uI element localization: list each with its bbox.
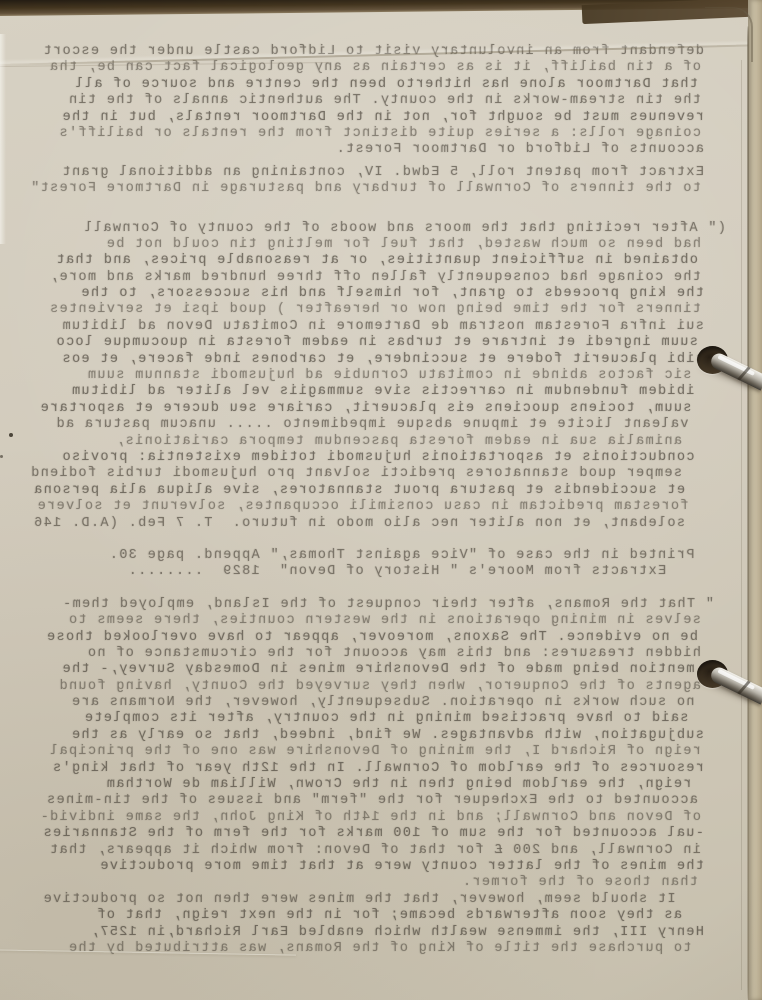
latin-extract: (" After reciting that the moors and woo… — [26, 221, 704, 532]
text-line: sibi placuerit fodere et succindere, et … — [26, 352, 704, 368]
moore-heading: Extracts from Moore's " History of Devon… — [26, 564, 704, 580]
text-line: tinners for the time being now or hereaf… — [26, 302, 701, 318]
text-line: mention being made of the Devonshire min… — [26, 662, 704, 678]
typewritten-text-layer: defendant from an involuntary visit to L… — [26, 44, 704, 1000]
text-line: obtained in sufficient quantities, or at… — [26, 253, 698, 269]
text-line: sic factos abinde in comitatu Cornubie a… — [26, 368, 701, 384]
ring-metal-arm — [708, 665, 762, 705]
text-line: solebant, et non aliter nec alio modo in… — [26, 516, 704, 532]
text-line: accounts of Lidford or Dartmoor Forest. — [26, 142, 704, 158]
text-line: It should seem, however, that the mines … — [26, 892, 704, 908]
text-line: to the tinners of Cornwall of turbary an… — [26, 181, 701, 197]
text-line: the king proceeds to grant, for himself … — [26, 286, 704, 302]
text-line: sui infra Forestam nostram de Dartemore … — [26, 319, 704, 335]
text-line: coinage rolls: a series quite distinct f… — [26, 126, 701, 142]
text-line: semper quod stannatores predicti solvant… — [26, 466, 701, 482]
text-line: said to have practised mining in the cou… — [26, 711, 698, 727]
text-line: suum, tociens quociens eis placuerit, ca… — [26, 401, 701, 417]
text-line: no such works in operation. Subsequently… — [26, 695, 704, 711]
text-line: Printed in the case of "Vice against Tho… — [26, 548, 704, 564]
text-line: forestam predictam in casu consimili occ… — [26, 499, 698, 515]
text-line: the coinage had consequently fallen off … — [26, 270, 701, 286]
text-line: the mines of the latter county were at t… — [26, 859, 704, 875]
ring-metal-arm — [708, 351, 762, 391]
text-line: -ual accounted for the sum of 100 marks … — [26, 826, 704, 842]
binder-page-photo: defendant from an involuntary visit to L… — [0, 0, 762, 1000]
text-line: of Devon and Cornwall; and in the 14th o… — [26, 810, 701, 826]
text-line: be no evidence. The Saxons, moreover, ap… — [26, 630, 698, 646]
text-line: ibidem fundendum in carrectis sive summa… — [26, 384, 704, 400]
text-line: accounted to the Exchequer for the "ferm… — [26, 793, 698, 809]
binder-ring-bottom — [692, 650, 762, 720]
text-line: as they soon afterwards became; for in t… — [26, 908, 701, 924]
ink-speck — [0, 455, 3, 458]
ring-highlight — [717, 355, 755, 376]
ring-highlight — [717, 669, 755, 690]
binder-ring-top — [692, 336, 762, 406]
patent-note: Extract from patent roll, 5 Edwd. IV, co… — [26, 165, 704, 198]
text-line: valeant licite et impune absque impedime… — [26, 417, 698, 433]
text-line: of a tin bailiff, it is as certain as an… — [26, 60, 701, 76]
text-line: than those of the former. — [26, 875, 698, 891]
text-line: that Dartmoor alone has hitherto been th… — [26, 77, 698, 93]
page-stack-edge — [748, 0, 762, 1000]
text-line: revenues must be sought for, not in the … — [26, 110, 704, 126]
page-fold-line — [747, 26, 749, 1000]
text-line: suum ingredi et intrare et turbas in ead… — [26, 335, 698, 351]
text-line: et succidendis et pastura prout stannato… — [26, 483, 704, 499]
text-line: the tin stream-works in the county. The … — [26, 93, 701, 109]
page-left-edge-highlight — [0, 34, 6, 244]
ink-speck — [9, 433, 13, 437]
text-line: Henry III, the immense wealth which enab… — [26, 925, 704, 941]
text-line: reign, the earldom being then in the Cro… — [26, 777, 701, 793]
text-line: selves in mining operations in the weste… — [26, 613, 701, 629]
text-line: had been so much wasted, that fuel for m… — [26, 237, 701, 253]
text-line: in Cornwall, and 200 £ for that of Devon… — [26, 843, 701, 859]
text-line: hidden treasures: and this may account f… — [26, 646, 701, 662]
text-line: " That the Romans, after their conquest … — [26, 597, 714, 613]
text-line: defendant from an involuntary visit to L… — [26, 44, 704, 60]
text-line: Extract from patent roll, 5 Edwd. IV, co… — [26, 165, 704, 181]
text-line: resources of the earldom of Cornwall. In… — [26, 761, 704, 777]
text-line: agents of the Conqueror, when they surve… — [26, 679, 701, 695]
printed-citation: Printed in the case of "Vice against Tho… — [26, 548, 704, 564]
text-line: conductionis et asportationis hujusmodi … — [26, 450, 704, 466]
moore-extract: " That the Romans, after their conquest … — [26, 597, 704, 958]
text-line: (" After reciting that the moors and woo… — [26, 221, 726, 237]
text-line: subjugation, with advantages. We find, i… — [26, 728, 704, 744]
page-corner-curl — [705, 7, 753, 62]
text-line: reign of Richard I, the mining of Devons… — [26, 744, 701, 760]
text-line: Extracts from Moore's " History of Devon… — [26, 564, 704, 580]
text-line: animalia sua in eadem foresta pascendum … — [26, 434, 701, 450]
text-line: to purchase the title of King of the Rom… — [26, 941, 701, 957]
page-fold-line-faint — [741, 60, 742, 990]
